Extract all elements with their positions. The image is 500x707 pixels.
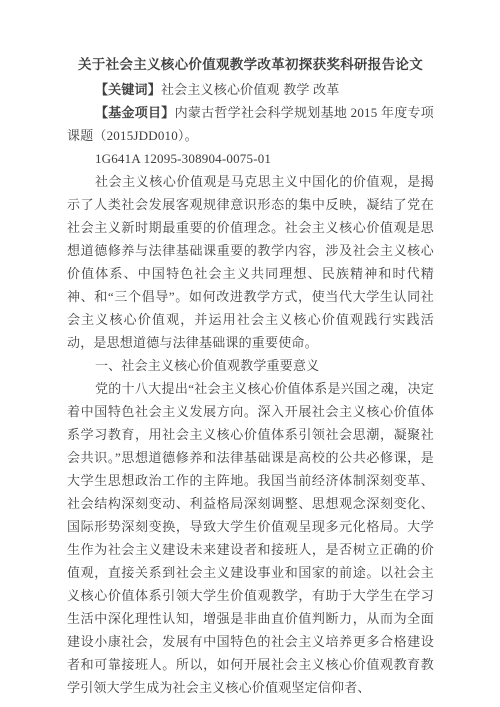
body-paragraph: 党的十八大提出“社会主义核心价值体系是兴国之魂，决定着中国特色社会主义发展方向。… <box>67 377 434 699</box>
abstract-paragraph: 社会主义核心价值观是马克思主义中国化的价值观，是揭示了人类社会发展客观规律意识形… <box>67 170 434 354</box>
document-page: 关于社会主义核心价值观教学改革初探获奖科研报告论文 【关键词】社会主义核心价值观… <box>0 0 500 707</box>
keywords-text: 社会主义核心价值观 教学 改革 <box>161 82 340 97</box>
page-title: 关于社会主义核心价值观教学改革初探获奖科研报告论文 <box>67 53 434 76</box>
fund-project-label: 【基金项目】 <box>95 105 175 120</box>
keywords-line: 【关键词】社会主义核心价值观 教学 改革 <box>67 78 434 101</box>
keywords-label: 【关键词】 <box>95 82 161 97</box>
classification-code-line: 1G641A 12095-308904-0075-01 <box>67 147 434 170</box>
section-heading: 一、社会主义核心价值观教学重要意义 <box>67 354 434 377</box>
fund-project-line: 【基金项目】内蒙古哲学社会科学规划基地 2015 年度专项课题（2015JDD0… <box>67 101 434 147</box>
